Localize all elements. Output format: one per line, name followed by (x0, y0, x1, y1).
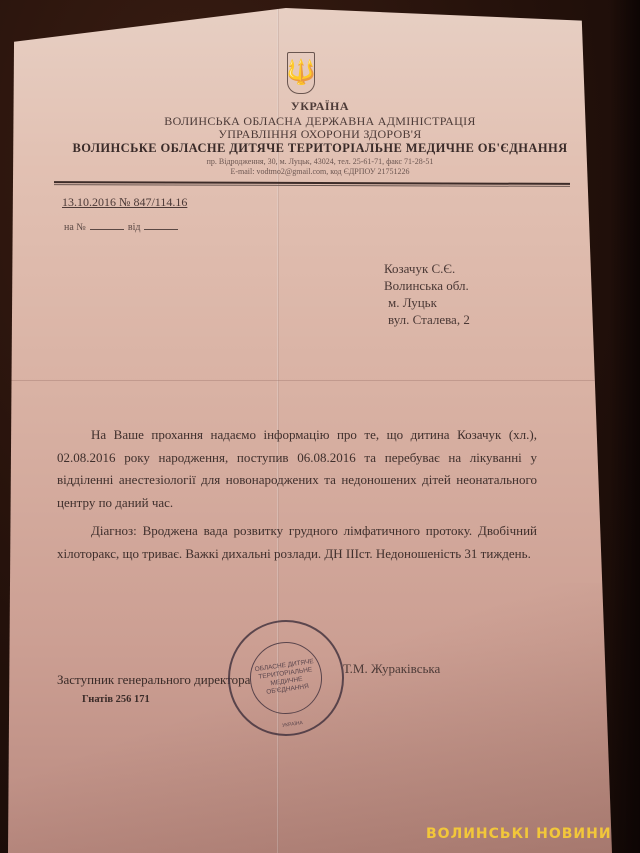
blank-line (144, 229, 178, 230)
recipient-name: Козачук С.Є. (384, 260, 470, 277)
letter-body: На Ваше прохання надаємо інформацію про … (57, 424, 537, 565)
recipient-street: вул. Сталева, 2 (384, 311, 470, 328)
incoming-from: від (128, 222, 141, 233)
letterhead-address: пр. Відродження, 30, м. Луцьк, 43024, те… (0, 157, 640, 166)
diagnosis-paragraph: Діагноз: Вроджена вада розвитку грудного… (57, 520, 537, 565)
signatory-name: Т.М. Жураківська (343, 661, 440, 677)
letterhead-organization: ВОЛИНСЬКЕ ОБЛАСНЕ ДИТЯЧЕ ТЕРИТОРІАЛЬНЕ М… (0, 141, 640, 156)
incoming-reference: на №від (64, 222, 182, 233)
outgoing-reference: 13.10.2016 № 847/114.16 (62, 195, 187, 210)
body-paragraph: На Ваше прохання надаємо інформацію про … (57, 424, 537, 514)
letterhead-country: УКРАЇНА (0, 99, 640, 114)
recipient-city: м. Луцьк (384, 294, 470, 311)
recipient-block: Козачук С.Є. Волинська обл. м. Луцьк вул… (384, 260, 470, 328)
letterhead-contact: E-mail: vodtmo2@gmail.com, код ЄДРПОУ 21… (0, 167, 640, 176)
background-edge (610, 0, 640, 853)
incoming-prefix: на № (64, 222, 86, 233)
watermark-logo: ВОЛИНСЬКІ НОВИНИ (426, 826, 612, 842)
recipient-region: Волинська обл. (384, 277, 470, 294)
contact-phone: Гнатів 256 171 (82, 694, 150, 705)
signatory-title: Заступник генерального директора (57, 672, 250, 688)
fold-line (8, 380, 612, 381)
blank-line (90, 229, 124, 230)
letterhead-department: УПРАВЛІННЯ ОХОРОНИ ЗДОРОВ'Я (0, 127, 640, 142)
trident-emblem-icon: 🔱 (287, 52, 315, 94)
stamp-center: ОБЛАСНЕ ДИТЯЧЕ ТЕРИТОРІАЛЬНЕ МЕДИЧНЕ ОБ'… (245, 637, 326, 718)
